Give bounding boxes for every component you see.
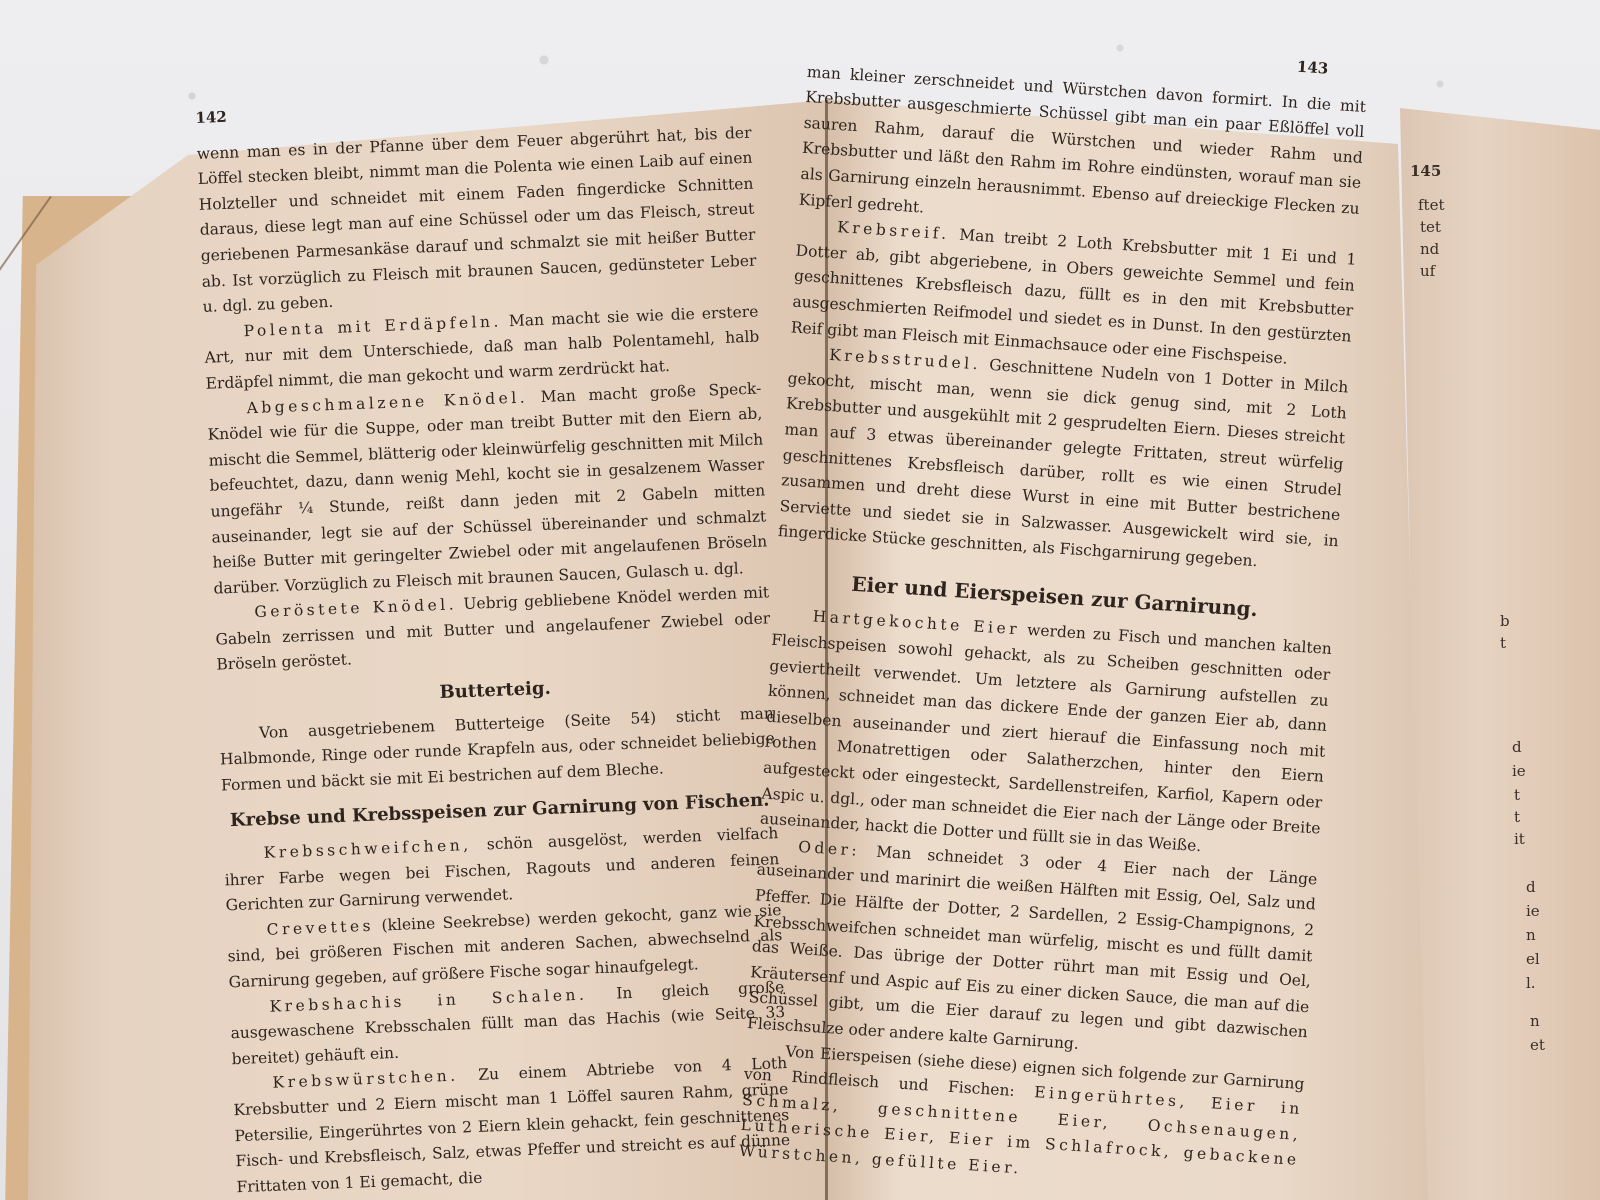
paragraph: Oder: Man schneidet 3 oder 4 Eier nach d… bbox=[746, 832, 1318, 1072]
dish-list: Eingerührtes, Eier in Schmalz, geschnitt… bbox=[739, 1083, 1304, 1177]
edge-fragment: n bbox=[1530, 1012, 1540, 1030]
paragraph: Krebsstrudel. Geschnittene Nudeln von 1 … bbox=[777, 340, 1349, 580]
recipe-name: Krebsstrudel. bbox=[829, 346, 982, 374]
edge-fragment: d bbox=[1512, 738, 1522, 756]
paragraph: Abgeschmalzene Knödel. Man macht große S… bbox=[206, 376, 768, 602]
edge-fragment: d bbox=[1526, 878, 1536, 896]
edge-fragment: el bbox=[1526, 950, 1540, 968]
recipe-name: Hartgekochte Eier bbox=[812, 608, 1020, 639]
edge-fragment: t bbox=[1514, 786, 1520, 804]
recipe-name: Oder: bbox=[798, 838, 861, 860]
edge-fragment: l. bbox=[1526, 974, 1536, 992]
recipe-name: Geröstete Knödel. bbox=[254, 596, 457, 622]
paragraph-body: werden zu Fisch und manchen kalten Fleis… bbox=[759, 621, 1332, 855]
paragraph-body: Geschnittene Nudeln von 1 Dotter in Milc… bbox=[778, 356, 1349, 570]
recipe-name: Crevettes bbox=[266, 917, 374, 939]
edge-fragment: it bbox=[1514, 830, 1525, 848]
right-page-text: 143 man kleiner zerschneidet und Würstch… bbox=[738, 24, 1369, 1199]
left-page-text: 142 wenn man es in der Pfanne über dem F… bbox=[195, 85, 792, 1200]
paragraph: Hartgekochte Eier werden zu Fisch und ma… bbox=[759, 602, 1332, 867]
paragraph: Krebswürstchen. Zu einem Abtriebe von 4 … bbox=[232, 1051, 792, 1200]
recipe-name: Krebswürstchen. bbox=[272, 1067, 459, 1092]
paragraph: wenn man es in der Pfanne über dem Feuer… bbox=[196, 120, 757, 320]
recipe-name: Krebsreif. bbox=[837, 218, 951, 243]
edge-fragment: ie bbox=[1512, 762, 1526, 780]
paragraph-body: Man schneidet 3 oder 4 Eier nach der Län… bbox=[747, 843, 1318, 1053]
recipe-name: Krebsschweifchen, bbox=[263, 836, 472, 862]
paragraph: Von ausgetriebenem Butterteige (Seite 54… bbox=[219, 701, 777, 799]
edge-fragment: t bbox=[1500, 634, 1506, 652]
edge-fragment: ie bbox=[1526, 902, 1540, 920]
edge-fragment: b bbox=[1500, 612, 1510, 630]
edge-fragment: n bbox=[1526, 926, 1536, 944]
edge-fragment: et bbox=[1530, 1036, 1545, 1054]
edge-fragment: t bbox=[1514, 808, 1520, 826]
